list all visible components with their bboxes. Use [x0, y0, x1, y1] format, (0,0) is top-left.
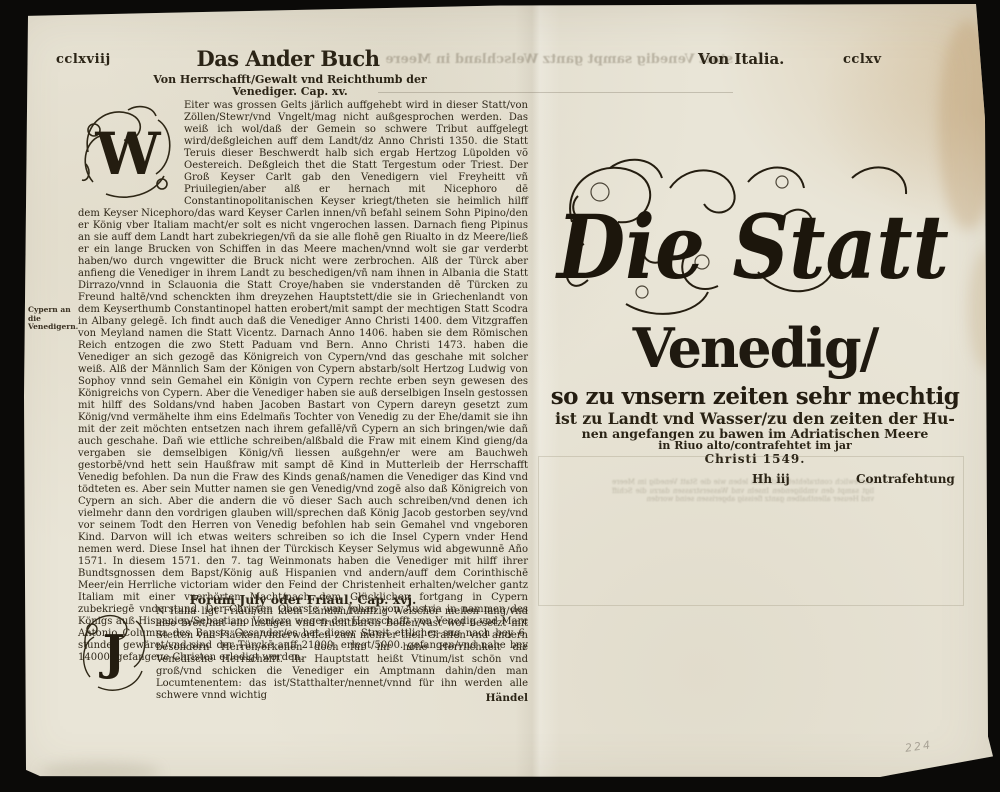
- signature-mark: Hh iij: [752, 472, 790, 486]
- drop-cap-letter: J: [99, 625, 126, 681]
- show-through-paragraph: Getrewlich contrafehtet nach dem leben w…: [612, 478, 874, 540]
- right-page-header: Von Italia.: [698, 50, 784, 68]
- drop-cap-ornament-W: W: [78, 101, 178, 203]
- title-line2: Venedig/: [540, 316, 970, 380]
- left-page-catchword: Händel: [78, 692, 528, 704]
- ornate-title-block: Die Statt: [552, 152, 954, 324]
- paper-stain: [968, 250, 1000, 370]
- chapter-heading-line2: Venediger. Cap. xv.: [95, 86, 485, 98]
- margin-note: Cypern an die Venedigern.: [28, 306, 80, 332]
- right-page-number: cclxv: [843, 52, 882, 67]
- scanned-book-page: statt Venedig sampt gantz Welschland in …: [0, 0, 1000, 792]
- friaul-text-column: J N Italia ligt Friaul/ein klein Ländlin…: [78, 606, 528, 702]
- title-line1-text: Die Statt: [554, 195, 949, 299]
- pencil-number: 224: [904, 738, 933, 755]
- drop-cap-ornament-J: J: [78, 607, 150, 693]
- left-page-number: cclxviij: [56, 52, 111, 67]
- right-page-catchword: Contrafehtung: [856, 472, 955, 486]
- show-through-text: statt Venedig sampt gantz Welschland in …: [385, 52, 733, 67]
- paper-stain: [40, 762, 160, 782]
- title-subtitle-4: in Riuo alto/contrafehtet im jar: [540, 439, 970, 452]
- section-heading-friaul: Forum July oder Friaul. Cap. xvj.: [78, 592, 528, 607]
- drop-cap-letter: W: [94, 120, 161, 188]
- main-text-column: W Eiter was grossen Gelts järlich auffge…: [78, 100, 528, 664]
- title-subtitle-1: so zu vnsern zeiten sehr mechtig: [540, 383, 970, 410]
- paragraph-2-text: N Italia ligt Friaul/ein klein Ländlin/f…: [156, 606, 528, 701]
- book-title: Das Ander Buch: [178, 46, 398, 71]
